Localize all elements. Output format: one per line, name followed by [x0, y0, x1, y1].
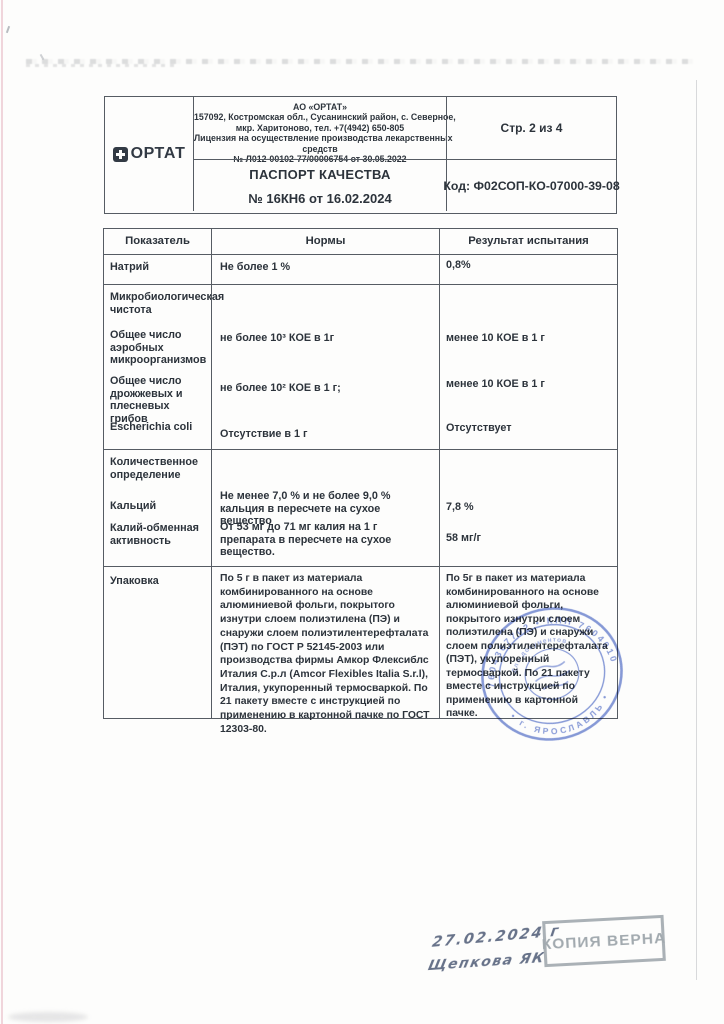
column-header-indicator: Показатель [104, 229, 211, 254]
quant-item-result: 58 мг/г [446, 532, 613, 545]
micro-item-name: Escherichia coli [110, 421, 207, 434]
seal-ring-text-bottom: • г. ЯРОСЛАВЛЬ • [507, 682, 618, 751]
column-header-norms: Нормы [211, 229, 439, 254]
quant-item-name: Калий-обменная активность [110, 522, 207, 547]
company-address-line1: 157092, Костромская обл., Сусанинский ра… [194, 112, 446, 122]
micro-group-title: Микробиологическая чистота [110, 291, 207, 316]
license-line1: Лицензия на осуществление производства л… [194, 133, 446, 143]
svg-text:• г. ЯРОСЛАВЛЬ •: • г. ЯРОСЛАВЛЬ • [507, 682, 618, 751]
quant-item-name: Кальций [110, 500, 207, 513]
document-number: № 16КН6 от 16.02.2024 [194, 191, 446, 206]
micro-group-norms: не более 10³ КОЕ в 1г не более 10² КОЕ в… [211, 284, 439, 449]
page-number-cell: Стр. 2 из 4 [446, 97, 616, 159]
micro-item-norm: Отсутствие в 1 г [220, 428, 435, 441]
copy-verified-stamp: КОПИЯ ВЕРНА [542, 915, 666, 967]
scan-edge-artifact-left [1, 0, 3, 1024]
seal-center-marks [532, 659, 573, 692]
column-header-result: Результат испытания [439, 229, 617, 254]
packaging-norm: По 5 г в пакет из материала комбинирован… [211, 566, 439, 718]
micro-item-result: менее 10 КОЕ в 1 г [446, 332, 613, 345]
quant-item-result: 7,8 % [446, 501, 613, 514]
quant-group-title: Количественное определение [110, 456, 207, 481]
page-number: Стр. 2 из 4 [501, 121, 563, 135]
quant-group-norms: Не менее 7,0 % и не более 9,0 % кальция … [211, 449, 439, 566]
logo-wordmark: ОРТАТ [131, 145, 186, 163]
row-sodium-result: 0,8% [439, 254, 617, 284]
micro-item-name: Общее число аэробных микроорганизмов [110, 329, 207, 367]
handwritten-signature: Щепкова ЯК [426, 950, 546, 974]
packaging-name: Упаковка [110, 575, 207, 588]
micro-group-names: Микробиологическая чистота Общее число а… [104, 284, 211, 449]
quant-item-norm: От 53 мг до 71 мг калия на 1 г препарата… [220, 521, 435, 559]
packaging-name-cell: Упаковка [104, 566, 211, 718]
row-sodium-name: Натрий [104, 254, 211, 284]
company-name: АО «ОРТАТ» [194, 102, 446, 112]
cross-logo-icon [113, 147, 128, 162]
document-code: Код: Ф02СОП-КО-07000-39-08 [443, 179, 619, 193]
logo-cell: ОРТАТ [105, 97, 193, 211]
scan-speck [6, 26, 10, 33]
micro-item-result: Отсутствует [446, 422, 613, 435]
quant-group-results: 7,8 % 58 мг/г [439, 449, 617, 566]
row-sodium-norm: Не более 1 % [211, 254, 439, 284]
micro-item-norm: не более 10³ КОЕ в 1г [220, 332, 435, 345]
company-address-cell: АО «ОРТАТ» 157092, Костромская обл., Сус… [193, 97, 446, 159]
quant-group-names: Количественное определение Кальций Калий… [104, 449, 211, 566]
header-table: ОРТАТ АО «ОРТАТ» 157092, Костромская обл… [104, 96, 617, 214]
document-title-cell: ПАСПОРТ КАЧЕСТВА № 16КН6 от 16.02.2024 [193, 159, 446, 211]
micro-item-result: менее 10 КОЕ в 1 г [446, 378, 613, 391]
scanned-quality-passport-page: ОРТАТ АО «ОРТАТ» 157092, Костромская обл… [0, 0, 724, 1024]
license-line2: средств [194, 144, 446, 154]
scan-smudge [8, 1012, 88, 1022]
scan-noise-band-secondary [26, 64, 176, 67]
micro-item-name: Общее число дрожжевых и плесневых грибов [110, 375, 207, 425]
micro-item-norm: не более 10² КОЕ в 1 г; [220, 382, 435, 395]
micro-group-results: менее 10 КОЕ в 1 г менее 10 КОЕ в 1 г От… [439, 284, 617, 449]
document-title: ПАСПОРТ КАЧЕСТВА [194, 167, 446, 182]
company-address-line2: мкр. Харитоново, тел. +7(4942) 650-805 [194, 123, 446, 133]
document-code-cell: Код: Ф02СОП-КО-07000-39-08 [446, 159, 616, 211]
ortat-logo: ОРТАТ [113, 145, 186, 163]
scan-edge-artifact-right [696, 80, 697, 980]
